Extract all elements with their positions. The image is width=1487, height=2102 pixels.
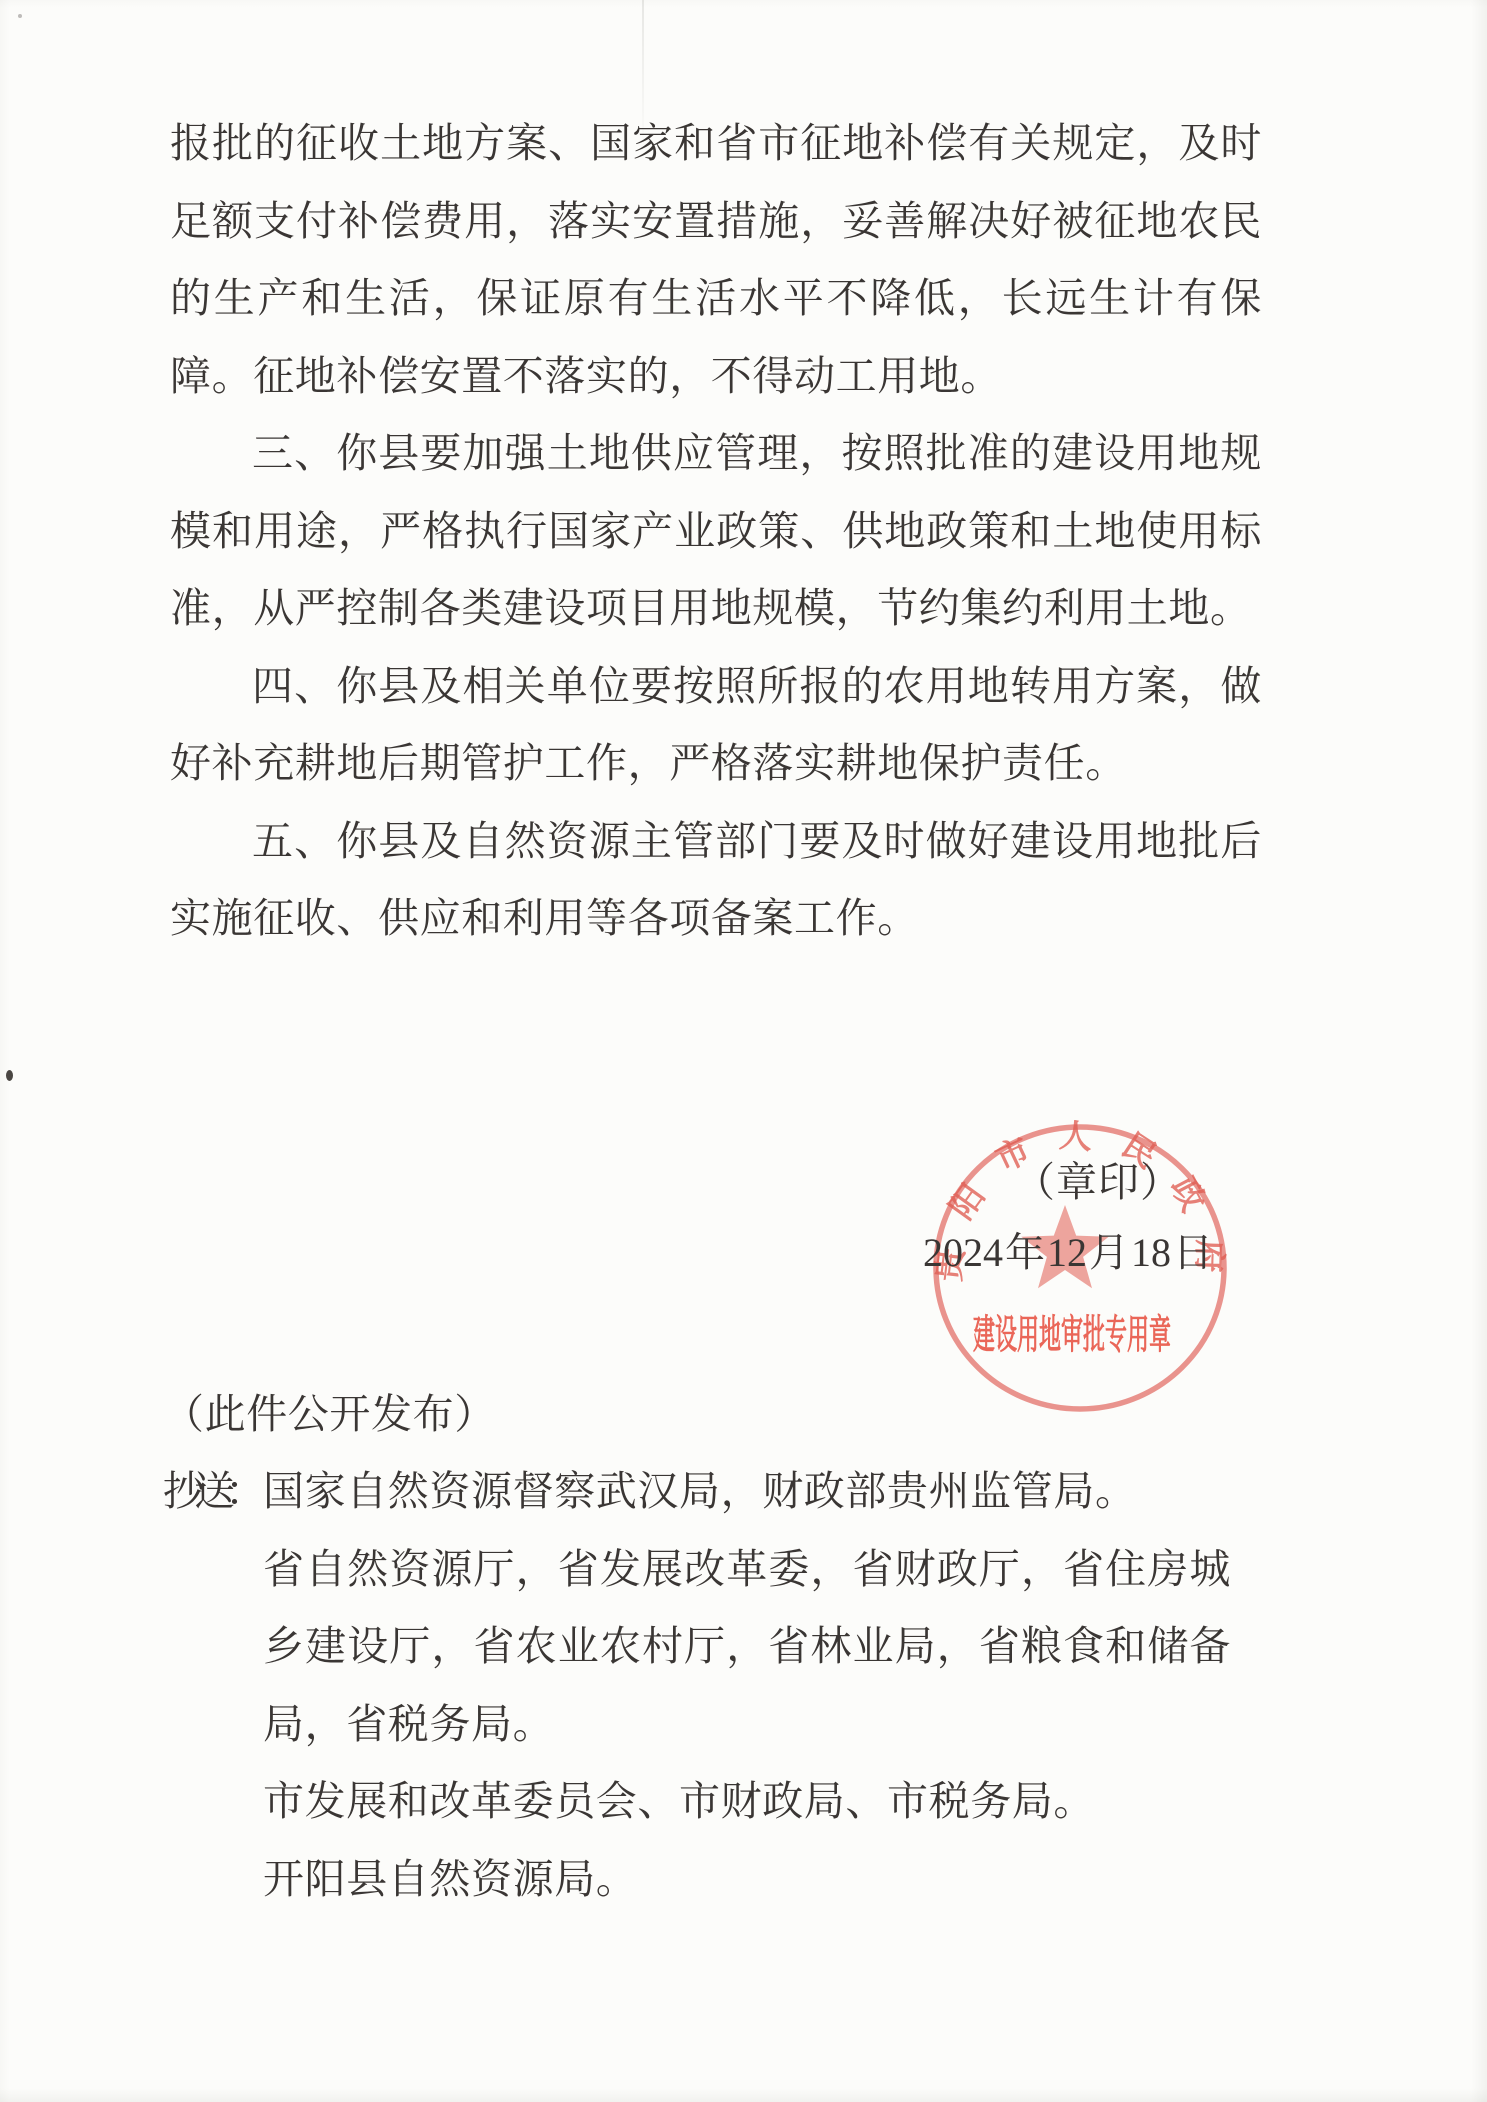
scan-speck xyxy=(6,1070,13,1081)
cc-entry: 市发展和改革委员会、市财政局、市税务局。 xyxy=(263,1763,1231,1841)
cc-entries: 国家自然资源督察武汉局，财政部贵州监管局。 省自然资源厅，省发展改革委，省财政厅… xyxy=(263,1453,1231,1918)
paragraph-item-3: 三、你县要加强土地供应管理，按照批准的建设用地规模和用途，严格执行国家产业政策、… xyxy=(170,415,1262,648)
paragraph-item-4: 四、你县及相关单位要按照所报的农用地转用方案，做好补充耕地后期管护工作，严格落实… xyxy=(170,648,1262,803)
cc-entry: 省自然资源厅，省发展改革委，省财政厅，省住房城乡建设厅，省农业农村厅，省林业局，… xyxy=(263,1531,1231,1764)
seal-placeholder-text: （章印） xyxy=(1014,1160,1182,1205)
scanned-document-page: 报批的征收土地方案、国家和省市征地补偿有关规定，及时足额支付补偿费用，落实安置措… xyxy=(0,0,1487,2102)
cc-entry: 开阳县自然资源局。 xyxy=(263,1841,1231,1919)
cc-entry: 国家自然资源督察武汉局，财政部贵州监管局。 xyxy=(263,1453,1231,1531)
cc-distribution-block: 抄送： 国家自然资源督察武汉局，财政部贵州监管局。 省自然资源厅，省发展改革委，… xyxy=(163,1453,1263,1918)
document-date: 2024 年 12 月 18 日 xyxy=(923,1231,1213,1275)
cc-label: 抄送： xyxy=(163,1453,263,1531)
seal-bottom-text: 建设用地审批专用章 xyxy=(973,1312,1171,1357)
paragraph-item-5: 五、你县及自然资源主管部门要及时做好建设用地批后实施征收、供应和利用等各项备案工… xyxy=(170,803,1262,958)
paragraph-continuation: 报批的征收土地方案、国家和省市征地补偿有关规定，及时足额支付补偿费用，落实安置措… xyxy=(170,105,1262,415)
document-body: 报批的征收土地方案、国家和省市征地补偿有关规定，及时足额支付补偿费用，落实安置措… xyxy=(170,105,1262,958)
scan-speck xyxy=(18,14,22,18)
public-release-note: （此件公开发布） xyxy=(163,1376,496,1454)
